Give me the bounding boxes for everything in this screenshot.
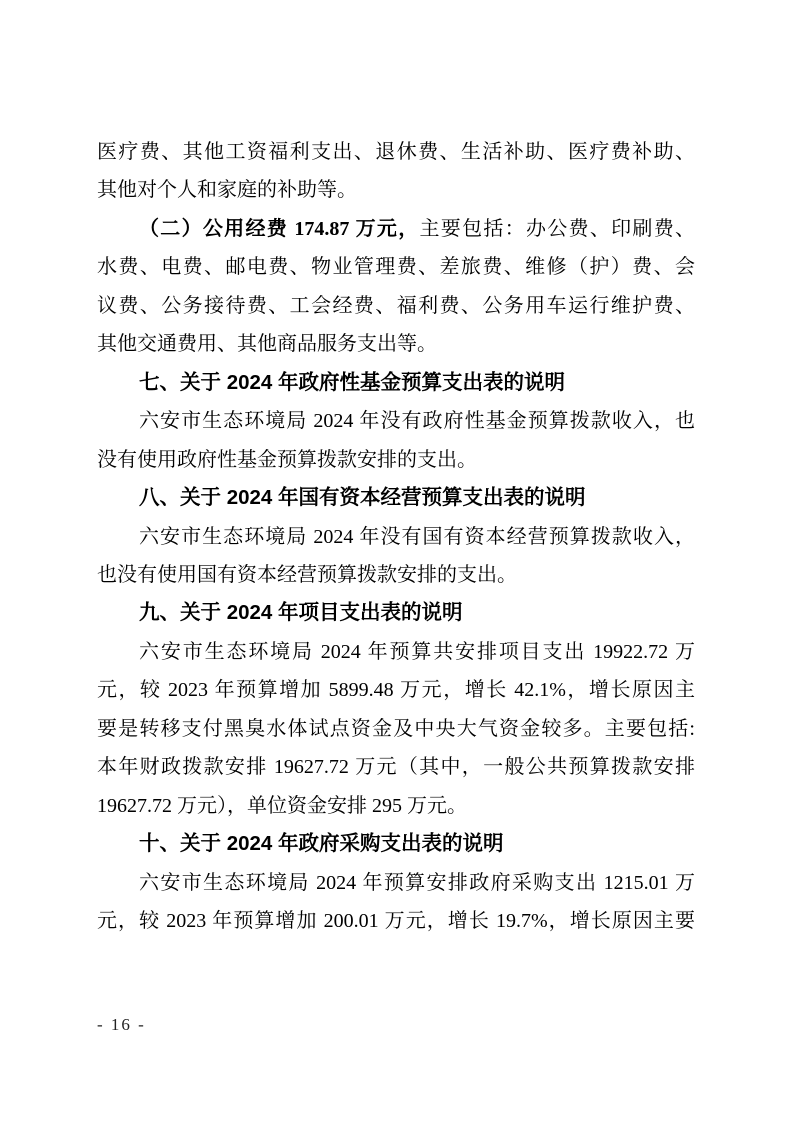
body-line: 六安市生态环境局 2024 年没有政府性基金预算拨款收入，也 xyxy=(97,402,695,440)
document-page: 医疗费、其他工资福利支出、退休费、生活补助、医疗费补助、其他对个人和家庭的补助等… xyxy=(0,0,793,1122)
body-line: 六安市生态环境局 2024 年没有国有资本经营预算拨款收入， xyxy=(97,518,695,556)
bold-text-segment: 十、关于 2024 年政府采购支出表的说明 xyxy=(139,832,504,855)
text-segment: 其他对个人和家庭的补助等。 xyxy=(97,179,357,201)
body-line: 元，较 2023 年预算增加 5899.48 万元，增长 42.1%，增长原因主 xyxy=(97,671,695,709)
body-line: 也没有使用国有资本经营预算拨款安排的支出。 xyxy=(97,556,695,594)
text-segment: 议费、公务接待费、工会经费、福利费、公务用车运行维护费、 xyxy=(97,295,695,317)
bold-text-segment: 九、关于 2024 年项目支出表的说明 xyxy=(139,601,463,624)
page-number: - 16 - xyxy=(97,1015,146,1035)
text-segment: 19627.72 万元），单位资金安排 295 万元。 xyxy=(97,795,467,817)
body-line: 本年财政拨款安排 19627.72 万元（其中，一般公共预算拨款安排 xyxy=(97,748,695,786)
body-line: 议费、公务接待费、工会经费、福利费、公务用车运行维护费、 xyxy=(97,287,695,325)
body-line: 要是转移支付黑臭水体试点资金及中央大气资金较多。主要包括: xyxy=(97,710,695,748)
text-segment: 没有使用政府性基金预算拨款安排的支出。 xyxy=(97,449,477,471)
text-segment: 元，较 2023 年预算增加 200.01 万元，增长 19.7%，增长原因主要 xyxy=(97,910,695,932)
text-segment: 元，较 2023 年预算增加 5899.48 万元，增长 42.1%，增长原因主 xyxy=(97,679,695,701)
text-segment: 六安市生态环境局 2024 年预算共安排项目支出 19922.72 万 xyxy=(139,641,695,663)
section-heading: 八、关于 2024 年国有资本经营预算支出表的说明 xyxy=(97,479,695,517)
bold-text-segment: 八、关于 2024 年国有资本经营预算支出表的说明 xyxy=(139,486,586,509)
body-line: 水费、电费、邮电费、物业管理费、差旅费、维修（护）费、会 xyxy=(97,248,695,286)
body-line: 六安市生态环境局 2024 年预算安排政府采购支出 1215.01 万 xyxy=(97,864,695,902)
section-heading: 九、关于 2024 年项目支出表的说明 xyxy=(97,594,695,632)
text-segment: 其他交通费用、其他商品服务支出等。 xyxy=(97,333,437,355)
body-line: 其他对个人和家庭的补助等。 xyxy=(97,171,695,209)
text-segment: 六安市生态环境局 2024 年预算安排政府采购支出 1215.01 万 xyxy=(139,872,695,894)
section-heading: 十、关于 2024 年政府采购支出表的说明 xyxy=(97,825,695,863)
body-line: 六安市生态环境局 2024 年预算共安排项目支出 19922.72 万 xyxy=(97,633,695,671)
body-line: 元，较 2023 年预算增加 200.01 万元，增长 19.7%，增长原因主要 xyxy=(97,902,695,940)
text-segment: 也没有使用国有资本经营预算拨款安排的支出。 xyxy=(97,564,517,586)
body-line: 没有使用政府性基金预算拨款安排的支出。 xyxy=(97,441,695,479)
text-segment: 主要包括：办公费、印刷费、 xyxy=(420,218,696,240)
body-line: 医疗费、其他工资福利支出、退休费、生活补助、医疗费补助、 xyxy=(97,133,695,171)
bold-text-segment: 七、关于 2024 年政府性基金预算支出表的说明 xyxy=(139,371,565,394)
text-segment: 水费、电费、邮电费、物业管理费、差旅费、维修（护）费、会 xyxy=(97,256,695,278)
text-segment: 六安市生态环境局 2024 年没有国有资本经营预算拨款收入， xyxy=(139,526,695,548)
text-segment: 要是转移支付黑臭水体试点资金及中央大气资金较多。主要包括: xyxy=(97,718,695,740)
body-line: 其他交通费用、其他商品服务支出等。 xyxy=(97,325,695,363)
document-body: 医疗费、其他工资福利支出、退休费、生活补助、医疗费补助、其他对个人和家庭的补助等… xyxy=(97,133,695,941)
section-heading: 七、关于 2024 年政府性基金预算支出表的说明 xyxy=(97,364,695,402)
text-segment: 医疗费、其他工资福利支出、退休费、生活补助、医疗费补助、 xyxy=(97,141,695,163)
bold-text-segment: （二）公用经费 174.87 万元， xyxy=(139,218,420,240)
text-segment: 六安市生态环境局 2024 年没有政府性基金预算拨款收入，也 xyxy=(139,410,695,432)
body-line: 19627.72 万元），单位资金安排 295 万元。 xyxy=(97,787,695,825)
body-line: （二）公用经费 174.87 万元，主要包括：办公费、印刷费、 xyxy=(97,210,695,248)
text-segment: 本年财政拨款安排 19627.72 万元（其中，一般公共预算拨款安排 xyxy=(97,756,695,778)
